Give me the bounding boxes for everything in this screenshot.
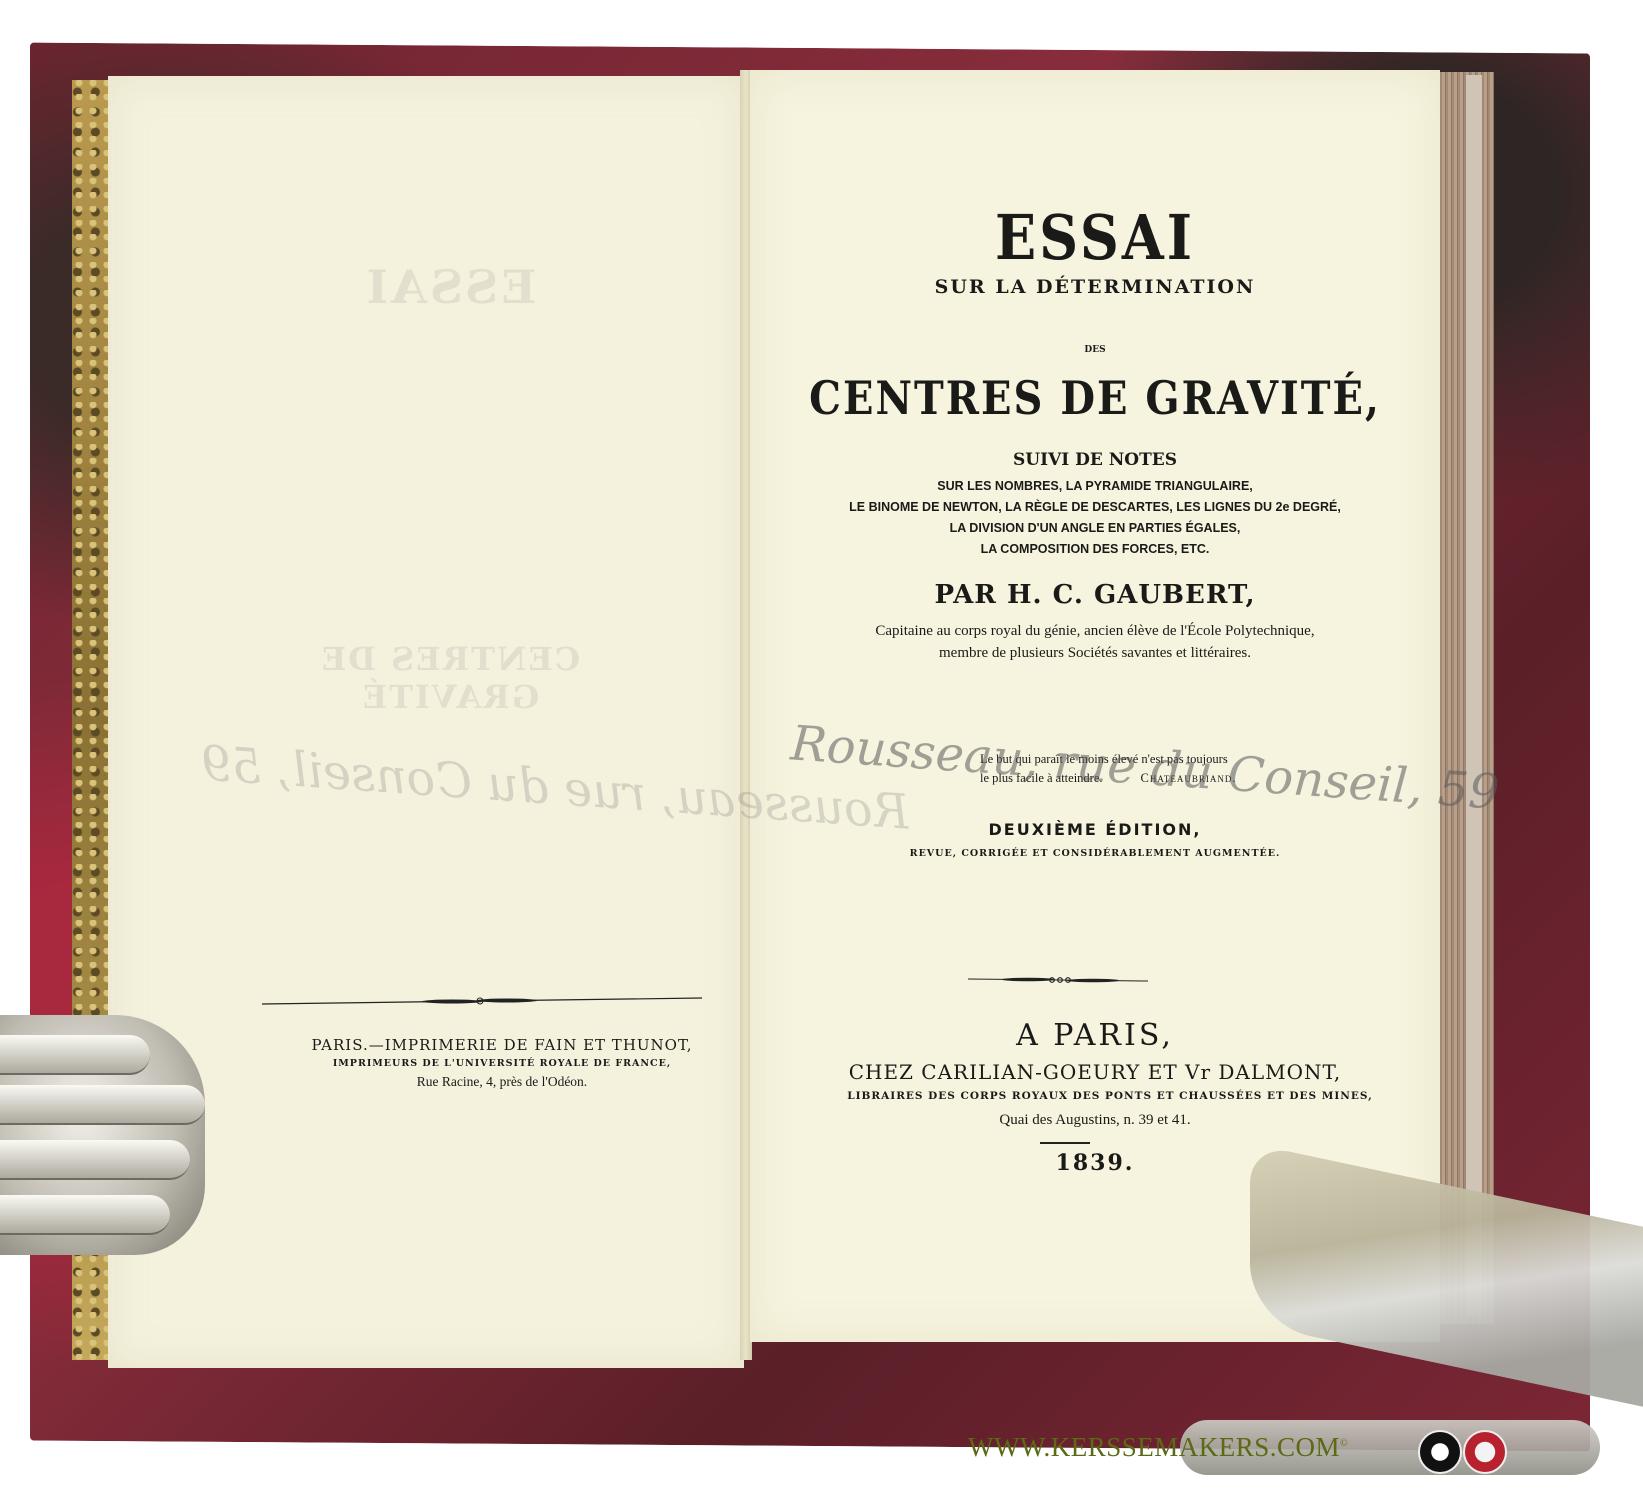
place: A PARIS, <box>750 1018 1440 1053</box>
notes-line: LA DIVISION D'UN ANGLE EN PARTIES ÉGALES… <box>750 518 1440 539</box>
imprint-line-1: PARIS.—IMPRIMERIE DE FAIN ET THUNOT, <box>262 1036 742 1054</box>
page-edges-light <box>1466 75 1482 1315</box>
copyright-mark: © <box>1340 1438 1348 1449</box>
publisher-description: LIBRAIRES DES CORPS ROYAUX DES PONTS ET … <box>780 1090 1440 1102</box>
notes-line: LA COMPOSITION DES FORCES, ETC. <box>750 539 1440 560</box>
notes-list: SUR LES NOMBRES, LA PYRAMIDE TRIANGULAIR… <box>750 476 1440 560</box>
silver-hand-stand-left <box>0 1015 205 1255</box>
finger <box>0 1140 190 1180</box>
author-description: Capitaine au corps royal du génie, ancie… <box>750 620 1440 664</box>
short-rule <box>1040 1142 1090 1144</box>
finger <box>0 1085 205 1125</box>
author-desc-line: Capitaine au corps royal du génie, ancie… <box>750 620 1440 642</box>
amor-librorum-badge-icon <box>1463 1430 1507 1474</box>
edition-description: REVUE, CORRIGÉE ET CONSIDÉRABLEMENT AUGM… <box>750 848 1440 859</box>
finger <box>0 1195 170 1235</box>
watermark: WWW.KERSSEMAKERS.COM© <box>968 1432 1348 1463</box>
edition: DEUXIÈME ÉDITION, <box>750 820 1440 839</box>
bleed-main-title: CENTRES DE GRAVITÉ <box>230 640 670 716</box>
finger <box>0 1035 150 1075</box>
author-desc-line: membre de plusieurs Sociétés savantes et… <box>750 642 1440 664</box>
watermark-text: WWW.KERSSEMAKERS.COM <box>968 1432 1340 1462</box>
bleed-title: ESSAI <box>240 260 660 314</box>
ornament-rule-left <box>262 996 702 1006</box>
notes-line: SUR LES NOMBRES, LA PYRAMIDE TRIANGULAIR… <box>750 476 1440 497</box>
address: Quai des Augustins, n. 39 et 41. <box>750 1112 1440 1129</box>
title-essai: ESSAI <box>750 200 1440 274</box>
ornament-separator <box>968 975 1148 985</box>
subtitle-determination: SUR LA DÉTERMINATION <box>750 276 1440 298</box>
antiquarian-league-badge-icon <box>1418 1430 1462 1474</box>
imprint-line-3: Rue Racine, 4, près de l'Odéon. <box>262 1074 742 1090</box>
main-title: CENTRES DE GRAVITÉ, <box>750 371 1440 425</box>
imprint-line-2: IMPRIMEURS DE L'UNIVERSITÉ ROYALE DE FRA… <box>262 1058 742 1069</box>
suivi-de-notes: SUIVI DE NOTES <box>750 450 1440 470</box>
author: PAR H. C. GAUBERT, <box>750 580 1440 610</box>
publisher: CHEZ CARILIAN-GOEURY ET Vr DALMONT, <box>750 1060 1440 1084</box>
notes-line: LE BINOME DE NEWTON, LA RÈGLE DE DESCART… <box>750 497 1440 518</box>
subtitle-connector: DES <box>750 345 1440 355</box>
